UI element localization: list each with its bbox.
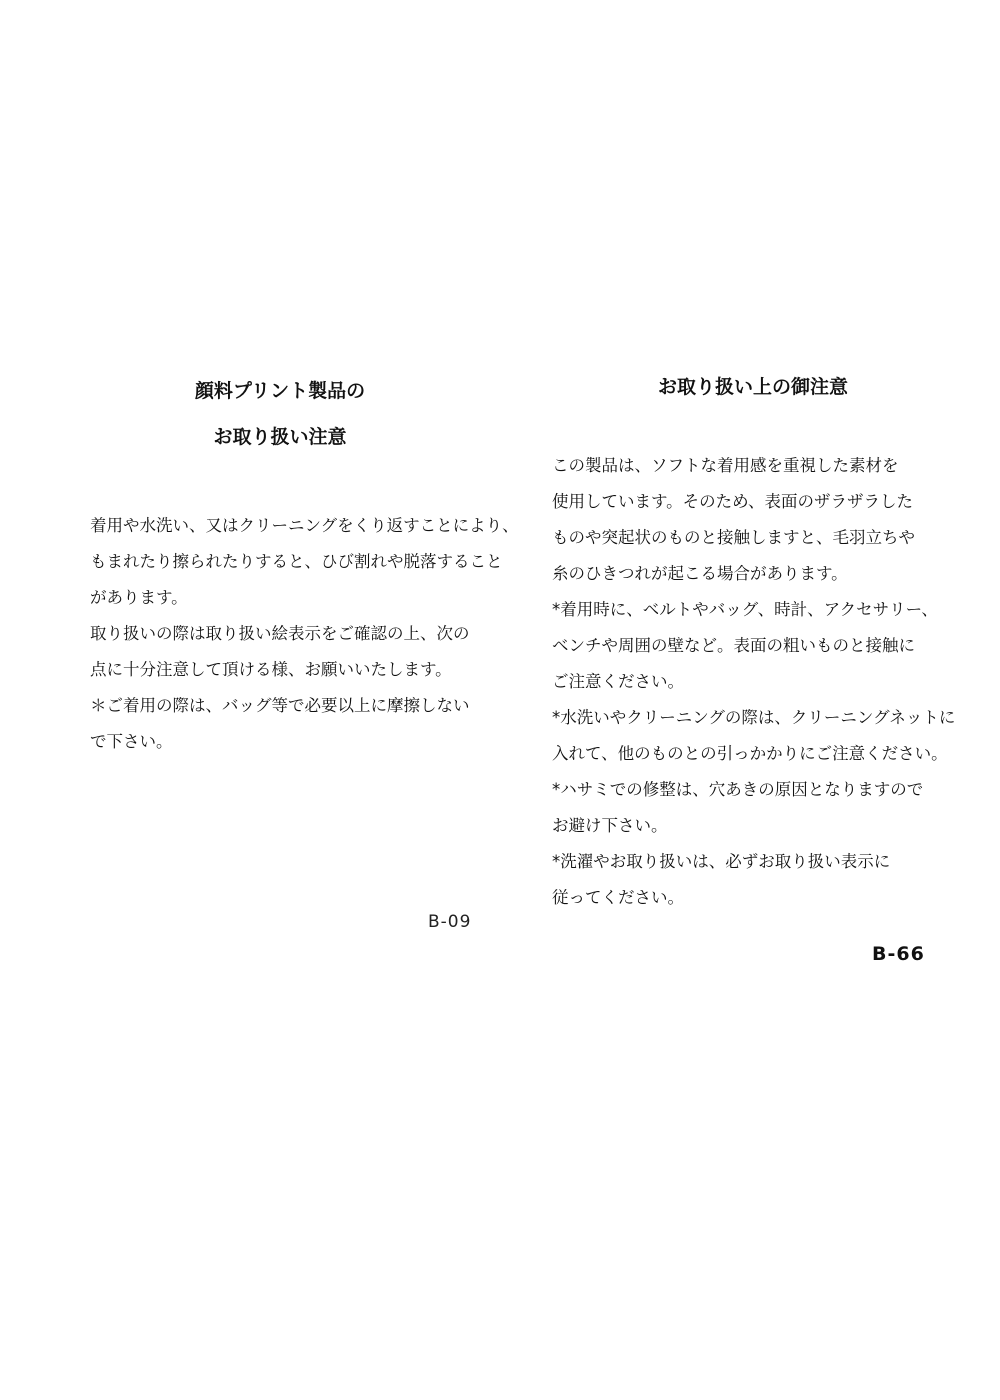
- notice-body: この製品は、ソフトな着用感を重視した素材を 使用しています。そのため、表面のザラ…: [552, 448, 952, 916]
- product-code: B-66: [872, 943, 925, 965]
- body-line: ベンチや周囲の壁など。表面の粗いものと接触に: [552, 628, 952, 664]
- title-line: 顔料プリント製品の: [90, 378, 470, 404]
- notice-title: 顔料プリント製品の お取り扱い注意: [90, 372, 470, 450]
- notice-body: 着用や水洗い、又はクリーニングをくり返すことにより、 もまれたり擦られたりすると…: [90, 508, 490, 760]
- notice-title: お取り扱い上の御注意: [548, 372, 958, 400]
- title-line: お取り扱い上の御注意: [548, 374, 958, 400]
- body-line: 入れて、他のものとの引っかかりにご注意ください。: [552, 736, 952, 772]
- body-line: があります。: [90, 580, 490, 616]
- body-line: ものや突起状のものと接触しますと、毛羽立ちや: [552, 520, 952, 556]
- body-line: *着用時に、ベルトやバッグ、時計、アクセサリー、: [552, 592, 952, 628]
- body-line: 従ってください。: [552, 880, 952, 916]
- body-line: *洗濯やお取り扱いは、必ずお取り扱い表示に: [552, 844, 952, 880]
- body-line: この製品は、ソフトな着用感を重視した素材を: [552, 448, 952, 484]
- body-line: 点に十分注意して頂ける様、お願いいたします。: [90, 652, 490, 688]
- title-line: お取り扱い注意: [90, 424, 470, 450]
- body-line: 取り扱いの際は取り扱い絵表示をご確認の上、次の: [90, 616, 490, 652]
- body-line: もまれたり擦られたりすると、ひび割れや脱落すること: [90, 544, 490, 580]
- body-line: お避け下さい。: [552, 808, 952, 844]
- handling-precautions-notice: お取り扱い上の御注意 この製品は、ソフトな着用感を重視した素材を 使用しています…: [552, 372, 952, 916]
- body-line: *ハサミでの修整は、穴あきの原因となりますので: [552, 772, 952, 808]
- body-line: 糸のひきつれが起こる場合があります。: [552, 556, 952, 592]
- body-line: 着用や水洗い、又はクリーニングをくり返すことにより、: [90, 508, 490, 544]
- product-code: B-09: [428, 912, 471, 932]
- body-line: *水洗いやクリーニングの際は、クリーニングネットに: [552, 700, 952, 736]
- body-line: で下さい。: [90, 724, 490, 760]
- body-line: ご注意ください。: [552, 664, 952, 700]
- body-line: ＊ご着用の際は、バッグ等で必要以上に摩擦しない: [90, 688, 490, 724]
- body-line: 使用しています。そのため、表面のザラザラした: [552, 484, 952, 520]
- pigment-print-care-notice: 顔料プリント製品の お取り扱い注意 着用や水洗い、又はクリーニングをくり返すこと…: [90, 372, 490, 760]
